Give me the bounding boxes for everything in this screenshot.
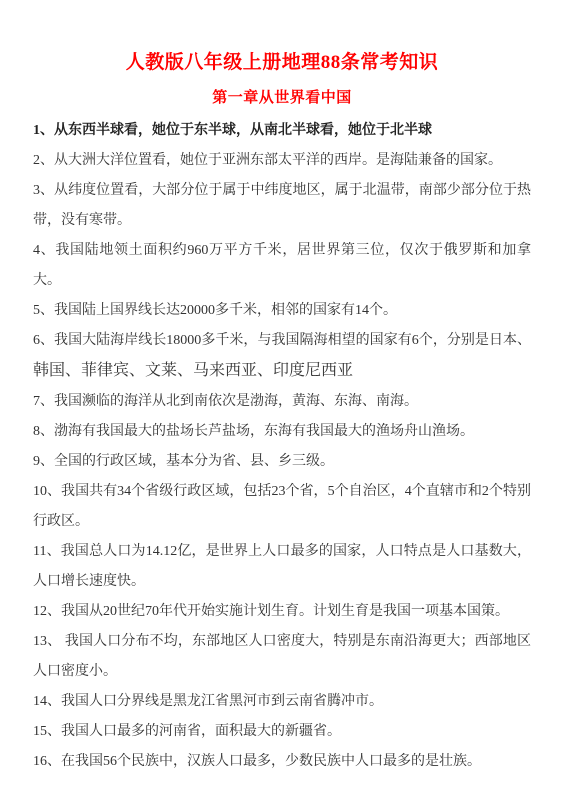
knowledge-list: 1、从东西半球看，她位于东半球，从南北半球看，她位于北半球 2、从大洲大洋位置看… — [33, 116, 531, 777]
list-item-3: 3、从纬度位置看，大部分位于属于中纬度地区，属于北温带，南部少部分位于热带，没有… — [33, 176, 531, 236]
list-item-12: 12、我国从20世纪70年代开始实施计划生育。计划生育是我国一项基本国策。 — [33, 597, 531, 627]
document-page: 人教版八年级上册地理88条常考知识 第一章从世界看中国 1、从东西半球看，她位于… — [0, 0, 561, 800]
list-item-16: 16、在我国56个民族中，汉族人口最多，少数民族中人口最多的是壮族。 — [33, 747, 531, 777]
list-item-6-text: 6、我国大陆海岸线长18000多千米，与我国隔海相望的国家有6个，分别是日本、 — [33, 333, 531, 348]
list-item-9: 9、全国的行政区域，基本分为省、县、乡三级。 — [33, 447, 531, 477]
list-item-2: 2、从大洲大洋位置看，她位于亚洲东部太平洋的西岸。是海陆兼备的国家。 — [33, 146, 531, 176]
list-item-14: 14、我国人口分界线是黑龙江省黑河市到云南省腾冲市。 — [33, 687, 531, 717]
list-item-10: 10、我国共有34个省级行政区域，包括23个省，5个自治区，4个直辖市和2个特别… — [33, 477, 531, 537]
list-item-13: 13、 我国人口分布不均，东部地区人口密度大，特别是东南沿海更大；西部地区人口密… — [33, 627, 531, 687]
list-item-6-country-list: 韩国、菲律宾、文莱、马来西亚、印度尼西亚 — [33, 362, 353, 379]
list-item-11: 11、我国总人口为14.12亿，是世界上人口最多的国家，人口特点是人口基数大，人… — [33, 537, 531, 597]
list-item-1: 1、从东西半球看，她位于东半球，从南北半球看，她位于北半球 — [33, 116, 531, 146]
page-title: 人教版八年级上册地理88条常考知识 — [33, 50, 531, 75]
list-item-15: 15、我国人口最多的河南省，面积最大的新疆省。 — [33, 717, 531, 747]
list-item-6: 6、我国大陆海岸线长18000多千米，与我国隔海相望的国家有6个，分别是日本、韩… — [33, 326, 531, 387]
chapter-subtitle: 第一章从世界看中国 — [33, 87, 531, 109]
list-item-7: 7、我国濒临的海洋从北到南依次是渤海，黄海、东海、南海。 — [33, 387, 531, 417]
list-item-8: 8、渤海有我国最大的盐场长芦盐场，东海有我国最大的渔场舟山渔场。 — [33, 417, 531, 447]
list-item-5: 5、我国陆上国界线长达20000多千米，相邻的国家有14个。 — [33, 296, 531, 326]
list-item-4: 4、我国陆地领土面积约960万平方千米，居世界第三位，仅次于俄罗斯和加拿大。 — [33, 236, 531, 296]
